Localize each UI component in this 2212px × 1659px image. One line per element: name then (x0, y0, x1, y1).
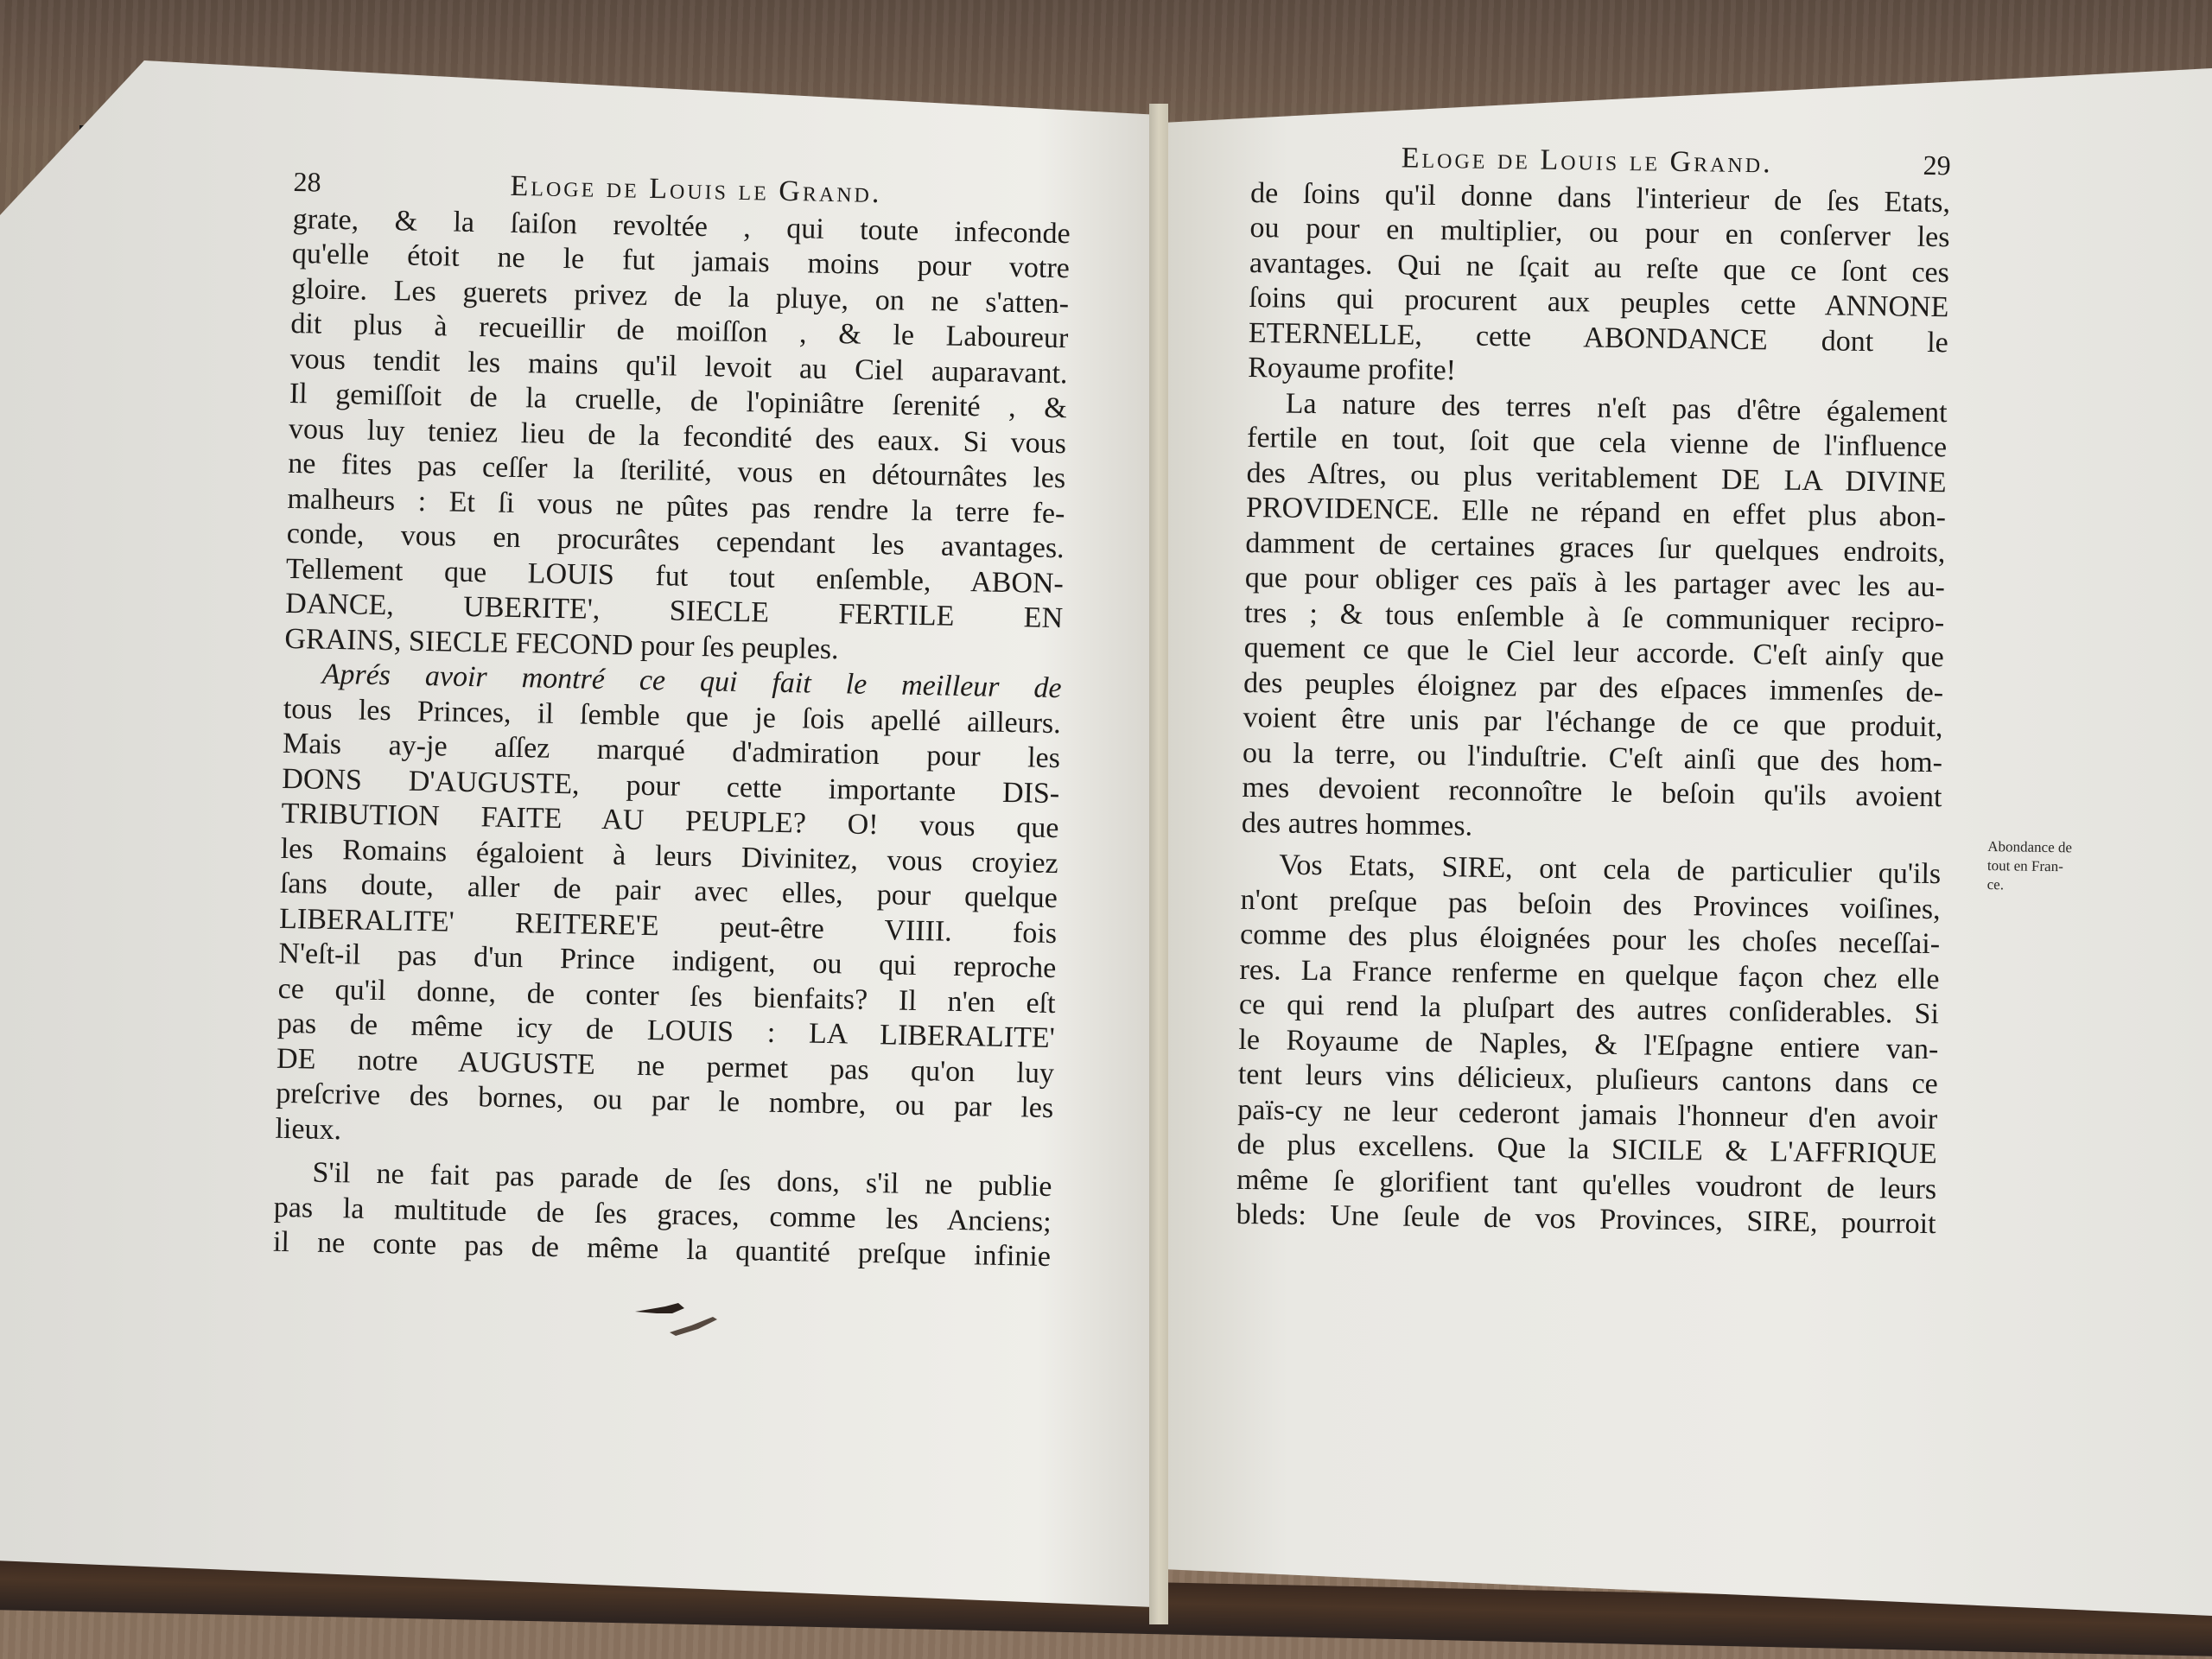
paragraph: Aprés avoir montré ce qui fait le meille… (275, 657, 1062, 1161)
paragraph: S'il ne fait pas parade de ſes dons, s'i… (273, 1155, 1052, 1275)
left-page-text: 28 Eloge de Louis le Grand. grate, & la … (273, 164, 1071, 1275)
marginal-note: Abondance de tout en Fran- ce. (1987, 837, 2109, 896)
marginal-note-line: ce. (1987, 875, 2108, 896)
marginal-note-line: tout en Fran- (1987, 856, 2108, 877)
ink-stain-mark (631, 1296, 734, 1339)
marginal-note-line: Abondance de (1987, 837, 2108, 858)
right-page-text: Eloge de Louis le Grand. 29 de ſoins qu'… (1236, 138, 1951, 1243)
paragraph: de ſoins qu'il donne dans l'interieur de… (1248, 175, 1950, 395)
page-number: 28 (293, 164, 321, 200)
paragraph: Vos Etats, SIRE, ont cela de particulier… (1236, 848, 1941, 1243)
paragraph: grate, & la ſaiſon revoltée , qui toute … (284, 201, 1071, 671)
book-gutter (1149, 104, 1168, 1624)
paragraph: La nature des terres n'eſt pas d'être ég… (1242, 385, 1948, 850)
page-number: 29 (1923, 148, 1951, 183)
